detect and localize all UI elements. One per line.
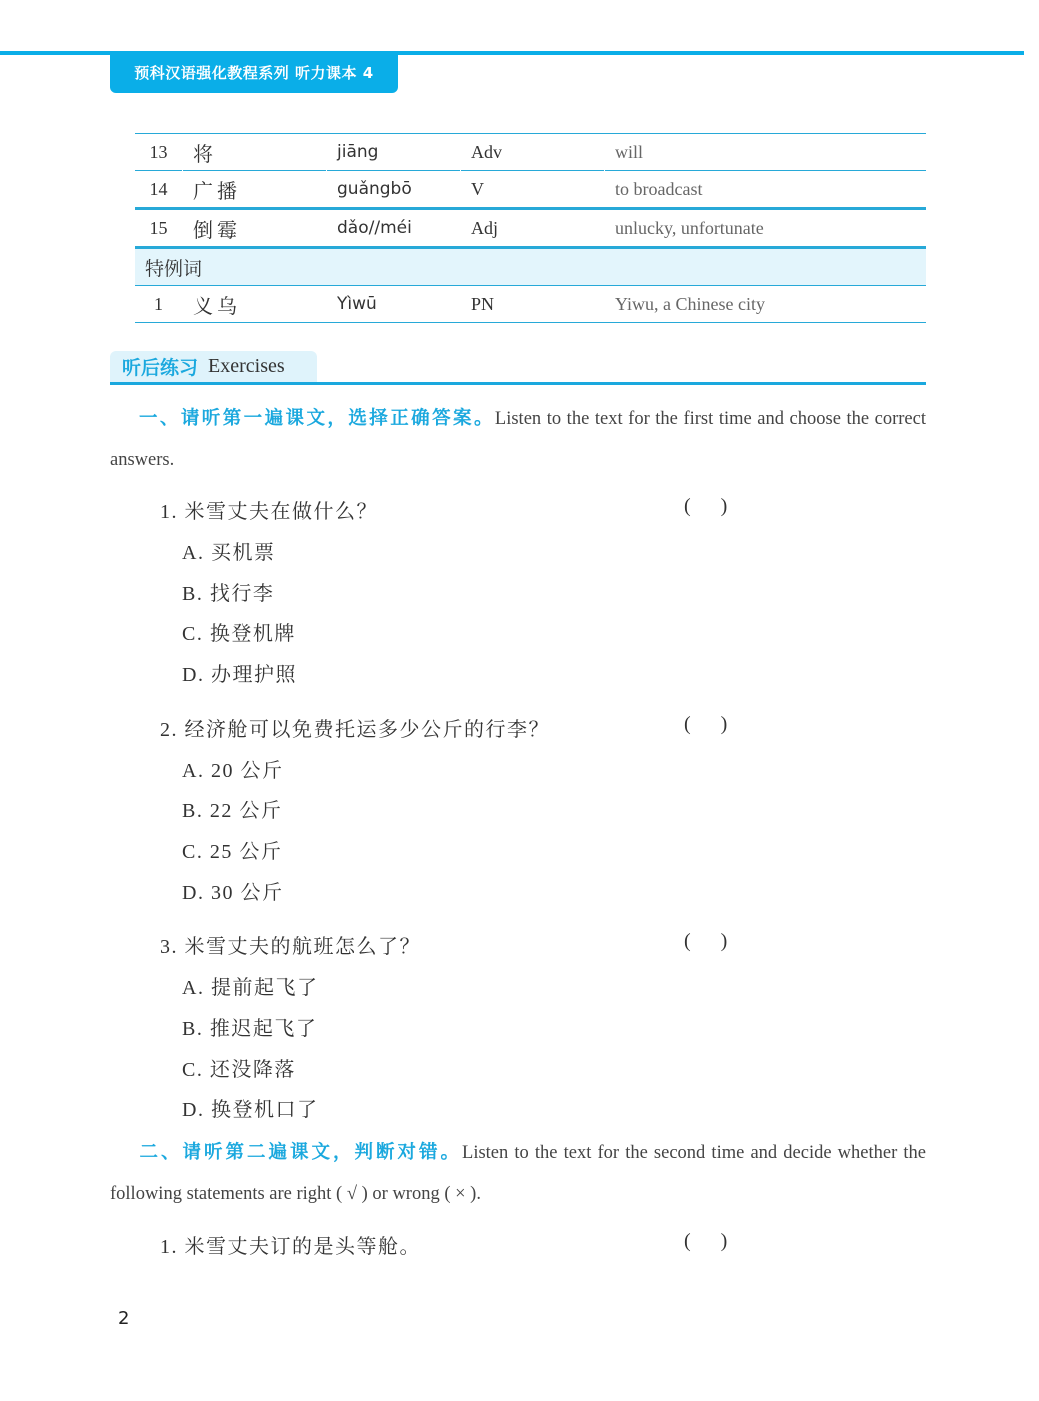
question-3: 3. 米雪丈夫的航班怎么了？: [160, 930, 421, 959]
vocabulary-table: 13 将 jiāng Adv will 14 广播 guǎngbō V to b…: [135, 133, 926, 323]
vocab-word: 义乌: [183, 286, 327, 323]
page-number: 2: [118, 1308, 129, 1329]
option-d: D. 30 公斤: [182, 876, 283, 905]
option-a: A. 提前起飞了: [182, 971, 318, 1000]
option-d: D. 换登机口了: [182, 1093, 318, 1122]
vocab-row: 14 广播 guǎngbō V to broadcast: [135, 171, 926, 209]
statement-1: 1. 米雪丈夫订的是头等舱。: [160, 1230, 421, 1259]
exercises-heading-en: Exercises: [208, 355, 285, 378]
vocab-pos: V: [461, 171, 605, 209]
series-title: 预科汉语强化教程系列 听力课本 4: [134, 62, 373, 83]
option-c: C. 25 公斤: [182, 835, 282, 864]
option-b: B. 找行李: [182, 577, 274, 606]
part1-instruction: 一、请听第一遍课文，选择正确答案。Listen to the text for …: [110, 398, 926, 481]
vocab-pinyin: jiāng: [327, 134, 461, 171]
vocab-pos: Adv: [461, 134, 605, 171]
vocab-definition: to broadcast: [605, 171, 927, 209]
special-words-label: 特例词: [135, 248, 926, 286]
answer-blank[interactable]: ( ): [684, 713, 727, 736]
part2-instruction: 二、请听第二遍课文，判断对错。Listen to the text for th…: [110, 1132, 926, 1215]
vocab-word: 倒霉: [183, 209, 327, 248]
vocab-num: 14: [135, 171, 183, 209]
vocab-pinyin: guǎngbō: [327, 171, 461, 209]
question-2: 2. 经济舱可以免费托运多少公斤的行李？: [160, 713, 550, 742]
vocab-pinyin: Yìwū: [327, 286, 461, 323]
special-words-header-row: 特例词: [135, 248, 926, 286]
option-c: C. 还没降落: [182, 1053, 296, 1082]
exercises-heading-cn: 听后练习: [122, 353, 198, 380]
vocab-row: 13 将 jiāng Adv will: [135, 134, 926, 171]
vocab-pos: PN: [461, 286, 605, 323]
vocab-row: 1 义乌 Yìwū PN Yiwu, a Chinese city: [135, 286, 926, 323]
option-a: A. 买机票: [182, 536, 275, 565]
option-d: D. 办理护照: [182, 658, 297, 687]
vocab-definition: Yiwu, a Chinese city: [605, 286, 927, 323]
part2-instruction-cn: 二、请听第二遍课文，判断对错。: [138, 1142, 462, 1163]
vocab-definition: will: [605, 134, 927, 171]
option-a: A. 20 公斤: [182, 754, 283, 783]
vocab-num: 13: [135, 134, 183, 171]
series-title-tab: 预科汉语强化教程系列 听力课本 4: [110, 51, 398, 93]
vocab-pinyin: dǎo//méi: [327, 209, 461, 248]
option-b: B. 22 公斤: [182, 794, 282, 823]
answer-blank[interactable]: ( ): [684, 495, 727, 518]
option-b: B. 推迟起飞了: [182, 1012, 317, 1041]
exercises-section-heading: 听后练习 Exercises: [110, 351, 926, 385]
part1-instruction-cn: 一、请听第一遍课文，选择正确答案。: [138, 408, 495, 429]
answer-blank[interactable]: ( ): [684, 930, 727, 953]
vocab-word: 广播: [183, 171, 327, 209]
vocab-num: 15: [135, 209, 183, 248]
exercises-heading-tab: 听后练习 Exercises: [110, 351, 317, 382]
answer-blank[interactable]: ( ): [684, 1230, 727, 1253]
vocab-definition: unlucky, unfortunate: [605, 209, 927, 248]
question-1: 1. 米雪丈夫在做什么？: [160, 495, 378, 524]
option-c: C. 换登机牌: [182, 617, 296, 646]
vocab-word: 将: [183, 134, 327, 171]
vocab-pos: Adj: [461, 209, 605, 248]
vocab-row: 15 倒霉 dǎo//méi Adj unlucky, unfortunate: [135, 209, 926, 248]
vocab-num: 1: [135, 286, 183, 323]
